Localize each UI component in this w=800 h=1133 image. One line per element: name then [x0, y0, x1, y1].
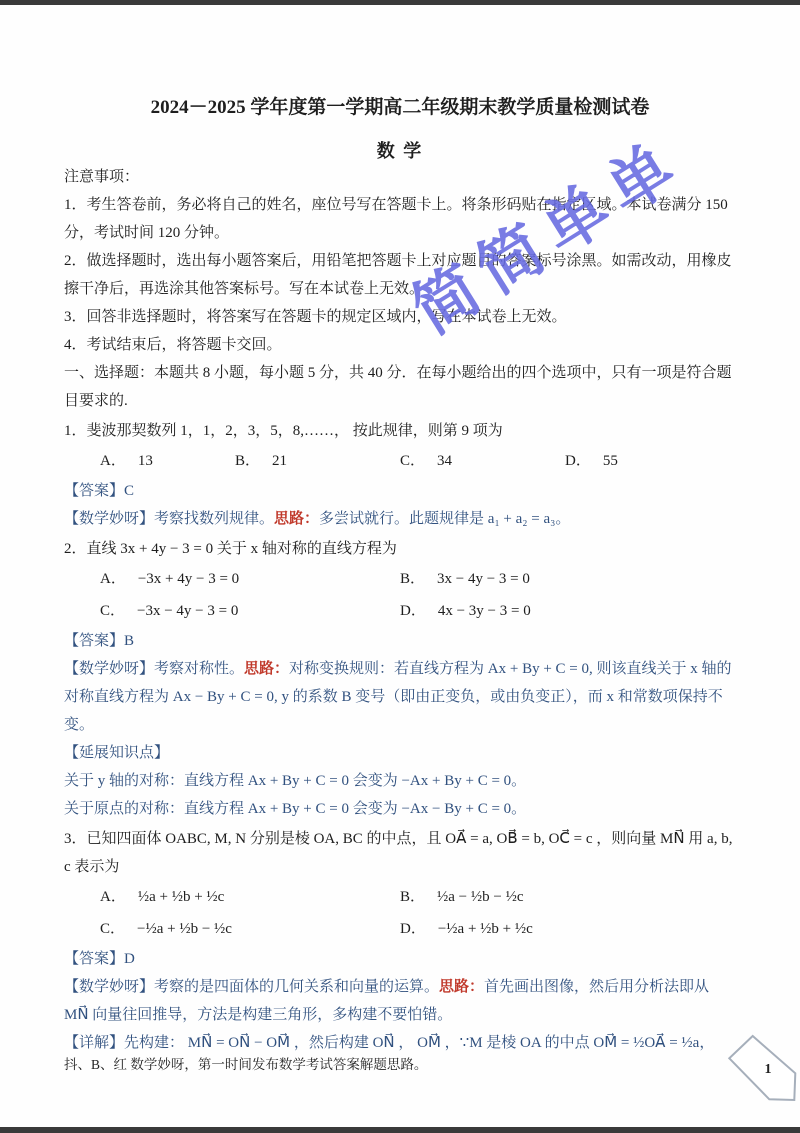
bottom-border [0, 1127, 800, 1133]
option-c: C．−3x − 4y − 3 = 0 [100, 597, 400, 625]
option-label: C． [100, 921, 125, 937]
page-number: 1 [765, 1062, 772, 1077]
option-label: A． [100, 889, 126, 905]
option-label: D． [565, 453, 591, 469]
question-2-analysis: 【数学妙呀】考察对称性。思路：对称变换规则：若直线方程为 Ax + By + C… [64, 655, 736, 739]
question-2-options: A．−3x + 4y − 3 = 0 B．3x − 4y − 3 = 0 C．−… [64, 565, 736, 625]
option-value: −½a + ½b + ½c [438, 921, 533, 937]
option-value: 3x − 4y − 3 = 0 [437, 571, 530, 587]
option-value: 4x − 3y − 3 = 0 [438, 603, 531, 619]
option-label: C． [100, 603, 125, 619]
answer-label: 【答案】 [64, 633, 124, 649]
answer-value: B [124, 633, 134, 649]
option-label: D． [400, 603, 426, 619]
option-d: D．−½a + ½b + ½c [400, 915, 736, 943]
detail-label: 【详解】 [64, 1035, 124, 1051]
badge-shape [729, 1036, 795, 1100]
option-label: A． [100, 571, 126, 587]
answer-value: C [124, 483, 134, 499]
analysis-label: 【数学妙呀】 [64, 511, 154, 527]
notice-heading: 注意事项： [64, 163, 736, 191]
question-3-stem: 3．已知四面体 OABC, M, N 分别是棱 OA, BC 的中点，且 OA⃗… [64, 825, 736, 881]
option-label: B． [400, 889, 425, 905]
analysis-intro: 考察对称性。 [154, 661, 244, 677]
question-2-answer: 【答案】B [64, 627, 736, 655]
question-3-detail: 【详解】先构建： MN⃗ = ON⃗ − OM⃗ ，然后构建 ON⃗ ， OM⃗… [64, 1029, 736, 1057]
option-value: −½a + ½b − ½c [137, 921, 232, 937]
analysis-label: 【数学妙呀】 [64, 979, 154, 995]
option-d: D．55 [565, 447, 736, 475]
option-c: C．34 [400, 447, 565, 475]
top-border [0, 0, 800, 5]
answer-label: 【答案】 [64, 951, 124, 967]
option-b: B．3x − 4y − 3 = 0 [400, 565, 736, 593]
question-1-stem: 1．斐波那契数列 1，1，2，3，5，8,……， 按此规律，则第 9 项为 [64, 417, 736, 445]
question-1-options: A．13 B．21 C．34 D．55 [64, 447, 736, 475]
option-value: ½a − ½b − ½c [437, 889, 523, 905]
option-value: −3x − 4y − 3 = 0 [137, 603, 238, 619]
notice-item-1: 1．考生答卷前，务必将自己的姓名，座位号写在答题卡上。将条形码贴在指定区域。本试… [64, 191, 736, 247]
extension-line-2: 关于原点的对称：直线方程 Ax + By + C = 0 会变为 −Ax − B… [64, 795, 736, 823]
notice-item-2: 2．做选择题时，选出每小题答案后，用铅笔把答题卡上对应题目的答案标号涂黑。如需改… [64, 247, 736, 303]
option-b: B．½a − ½b − ½c [400, 883, 736, 911]
exam-subject: 数 学 [64, 139, 736, 163]
question-2-stem: 2．直线 3x + 4y − 3 = 0 关于 x 轴对称的直线方程为 [64, 535, 736, 563]
question-1-answer: 【答案】C [64, 477, 736, 505]
option-value: 13 [138, 453, 153, 469]
notice-item-3: 3．回答非选择题时，将答案写在答题卡的规定区域内，写在本试卷上无效。 [64, 303, 736, 331]
extension-line-1: 关于 y 轴的对称：直线方程 Ax + By + C = 0 会变为 −Ax +… [64, 767, 736, 795]
analysis-label: 【数学妙呀】 [64, 661, 154, 677]
exam-page: 简简单单 2024－2025 学年度第一学期高二年级期末教学质量检测试卷 数 学… [0, 0, 800, 1133]
option-label: D． [400, 921, 426, 937]
option-b: B．21 [235, 447, 400, 475]
page-number-badge: 1 [700, 1020, 800, 1112]
approach-label: 思路： [274, 511, 319, 527]
option-label: B． [235, 453, 260, 469]
analysis-text: 多尝试就行。此题规律是 a₁ + a₂ = a₃。 [319, 511, 570, 527]
option-d: D．4x − 3y − 3 = 0 [400, 597, 736, 625]
section-heading: 一、选择题：本题共 8 小题，每小题 5 分，共 40 分．在每小题给出的四个选… [64, 359, 736, 415]
exam-body: 2024－2025 学年度第一学期高二年级期末教学质量检测试卷 数 学 注意事项… [64, 5, 736, 1057]
question-3-options: A．½a + ½b + ½c B．½a − ½b − ½c C．−½a + ½b… [64, 883, 736, 943]
approach-label: 思路： [439, 979, 484, 995]
question-3-analysis: 【数学妙呀】考察的是四面体的几何关系和向量的运算。思路：首先画出图像，然后用分析… [64, 973, 736, 1029]
answer-label: 【答案】 [64, 483, 124, 499]
option-label: C． [400, 453, 425, 469]
detail-text: 先构建： MN⃗ = ON⃗ − OM⃗ ，然后构建 ON⃗ ， OM⃗ ，∵M… [124, 1035, 714, 1051]
approach-label: 思路： [244, 661, 289, 677]
option-a: A．−3x + 4y − 3 = 0 [100, 565, 400, 593]
option-value: 21 [272, 453, 287, 469]
extension-heading: 【延展知识点】 [64, 739, 736, 767]
option-c: C．−½a + ½b − ½c [100, 915, 400, 943]
exam-title: 2024－2025 学年度第一学期高二年级期末教学质量检测试卷 [64, 95, 736, 121]
option-value: ½a + ½b + ½c [138, 889, 224, 905]
option-a: A．13 [100, 447, 235, 475]
option-value: 34 [437, 453, 452, 469]
option-label: A． [100, 453, 126, 469]
question-3-answer: 【答案】D [64, 945, 736, 973]
answer-value: D [124, 951, 135, 967]
question-1-analysis: 【数学妙呀】考察找数列规律。思路：多尝试就行。此题规律是 a₁ + a₂ = a… [64, 505, 736, 533]
footer-note: 抖、B、红 数学妙呀，第一时间发布数学考试答案解题思路。 [64, 1054, 427, 1076]
option-value: 55 [603, 453, 618, 469]
option-a: A．½a + ½b + ½c [100, 883, 400, 911]
option-value: −3x + 4y − 3 = 0 [138, 571, 239, 587]
analysis-intro: 考察找数列规律。 [154, 511, 274, 527]
option-label: B． [400, 571, 425, 587]
analysis-intro: 考察的是四面体的几何关系和向量的运算。 [154, 979, 439, 995]
notice-item-4: 4．考试结束后，将答题卡交回。 [64, 331, 736, 359]
